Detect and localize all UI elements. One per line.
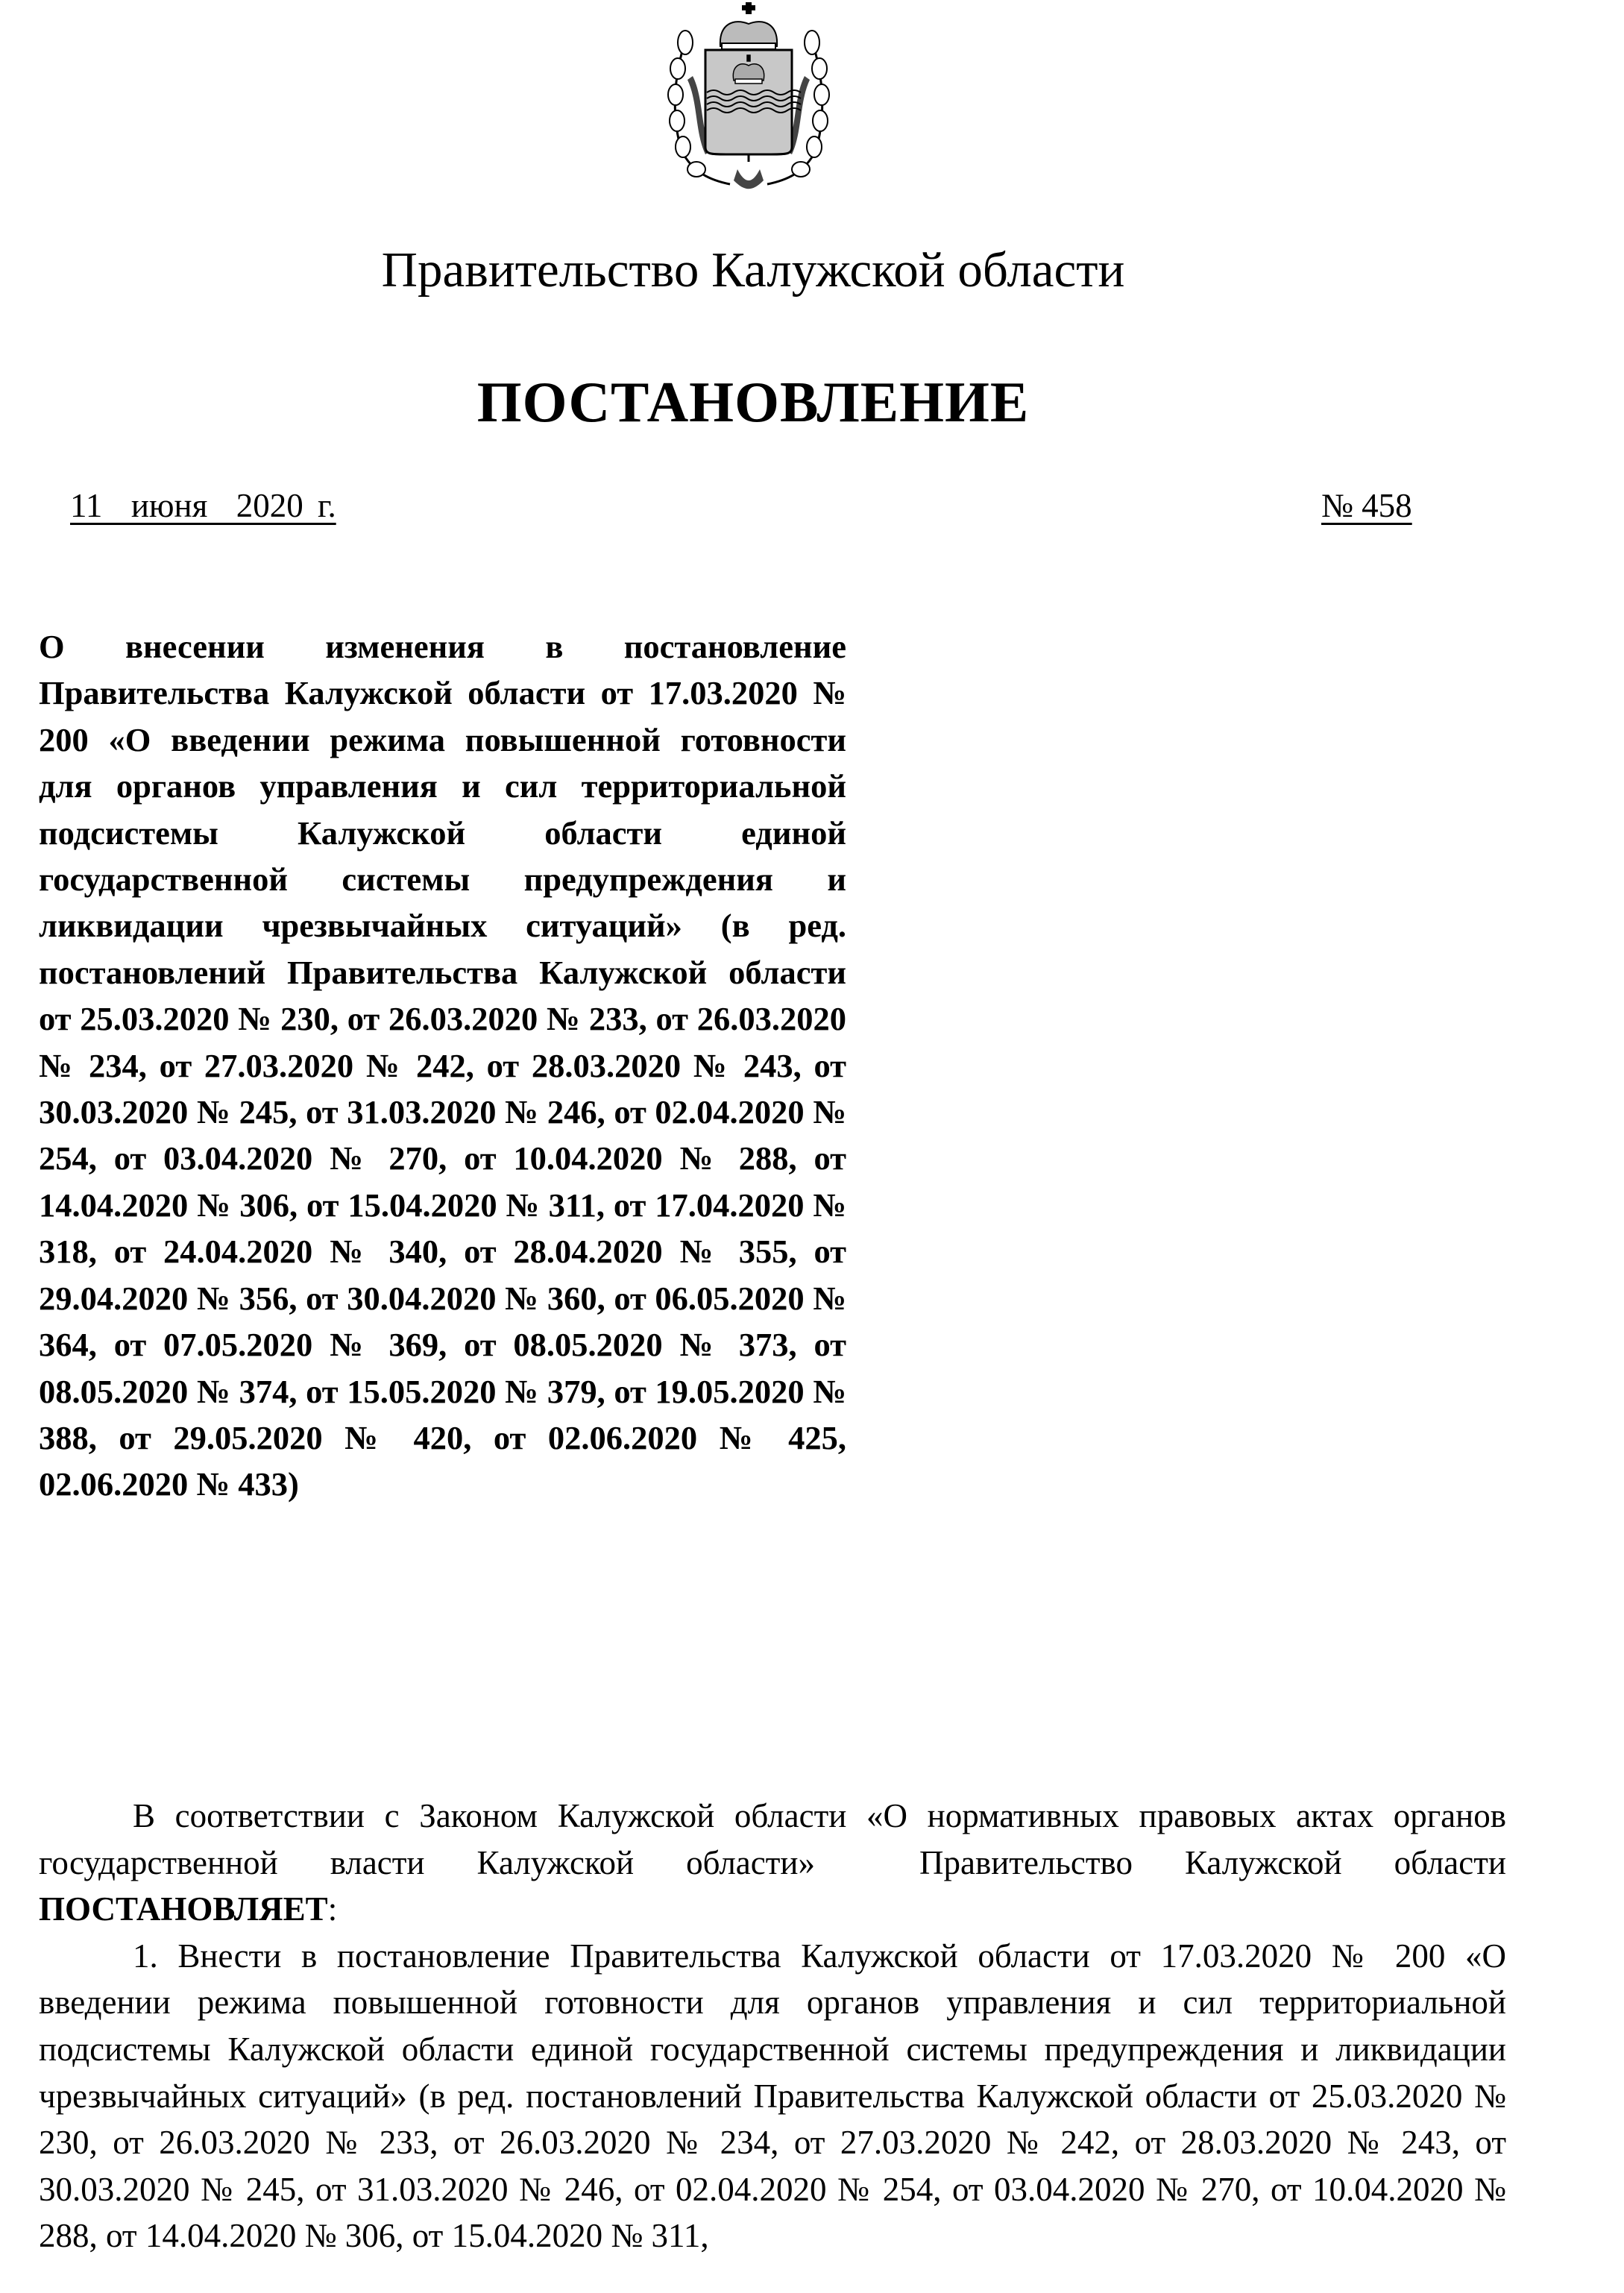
coat-of-arms-icon [659,1,838,194]
item-1-paragraph: 1. Внести в постановление Правительства … [39,1933,1506,2259]
preamble-text: В соответствии с Законом Калужской облас… [39,1797,1514,1881]
document-body: В соответствии с Законом Калужской облас… [39,1793,1506,2259]
document-number: № 458 [1321,483,1412,528]
document-subject: О внесении изменения в постановление Пра… [39,623,846,1508]
document-date: 11 июня 2020 г. [70,483,336,528]
organization-title: Правительство Калужской области [0,240,1506,300]
resolves-keyword: ПОСТАНОВЛЯЕТ [39,1890,328,1928]
resolves-colon: : [328,1890,338,1928]
preamble-paragraph: В соответствии с Законом Калужской облас… [39,1793,1506,1933]
document-type-heading: ПОСТАНОВЛЕНИЕ [0,368,1506,435]
